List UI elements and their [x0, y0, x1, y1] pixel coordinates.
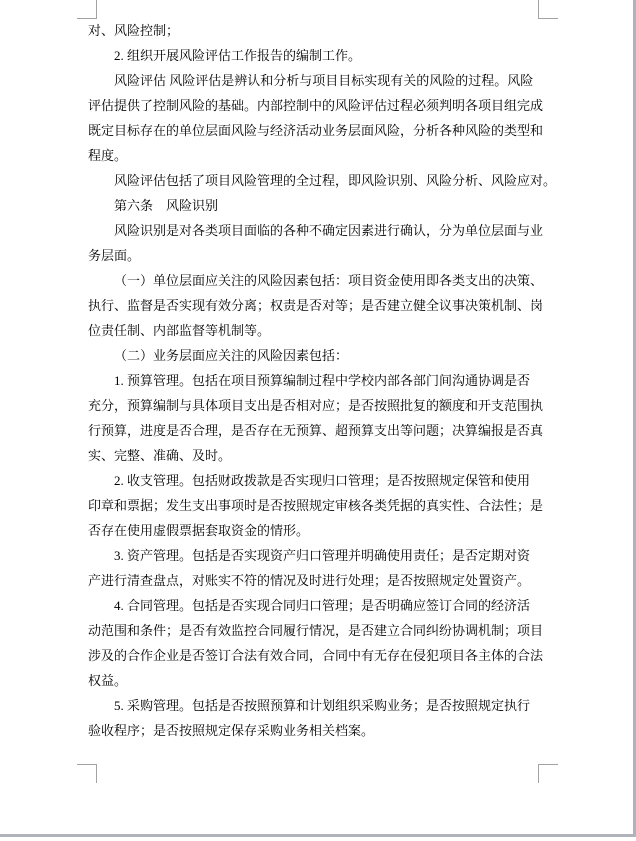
text-line[interactable]: 验收程序；是否按照规定保存采购业务相关档案。 [88, 718, 543, 743]
text-line[interactable]: 风险评估包括了项目风险管理的全过程，即风险识别、风险分析、风险应对。 [88, 168, 543, 193]
text-boundary-mark-bottom-left [77, 764, 97, 783]
text-line[interactable]: 程度。 [88, 143, 543, 168]
text-line[interactable]: 3. 资产管理。包括是否实现资产归口管理并明确使用责任；是否定期对资 [88, 543, 543, 568]
text-line[interactable]: 实、完整、准确、及时。 [88, 443, 543, 468]
text-line[interactable]: 产进行清查盘点，对账实不符的情况及时进行处理；是否按照规定处置资产。 [88, 568, 543, 593]
text-line[interactable]: 务层面。 [88, 243, 543, 268]
text-boundary-mark-top-right [538, 0, 558, 19]
page-edge-bottom [0, 834, 636, 837]
text-line[interactable]: 否存在使用虚假票据套取资金的情形。 [88, 518, 543, 543]
text-line[interactable]: 充分，预算编制与具体项目支出是否相对应；是否按照批复的额度和开支范围执 [88, 393, 543, 418]
text-line[interactable]: 风险评估 风险评估是辨认和分析与项目目标实现有关的风险的过程。风险 [88, 68, 543, 93]
text-boundary-mark-bottom-right [538, 764, 558, 783]
text-line[interactable]: 5. 采购管理。包括是否按照预算和计划组织采购业务；是否按照规定执行 [88, 693, 543, 718]
text-line[interactable]: 2. 收支管理。包括财政拨款是否实现归口管理；是否按照规定保管和使用 [88, 468, 543, 493]
text-line[interactable]: 行预算，进度是否合理，是否存在无预算、超预算支出等问题；决算编报是否真 [88, 418, 543, 443]
text-line[interactable]: 执行、监督是否实现有效分离；权责是否对等；是否建立健全议事决策机制、岗 [88, 293, 543, 318]
text-line[interactable]: 第六条 风险识别 [88, 193, 543, 218]
text-line[interactable]: 1. 预算管理。包括在项目预算编制过程中学校内部各部门间沟通协调是否 [88, 368, 543, 393]
text-line[interactable]: 涉及的合作企业是否签订合法有效合同，合同中有无存在侵犯项目各主体的合法 [88, 643, 543, 668]
text-line[interactable]: 4. 合同管理。包括是否实现合同归口管理；是否明确应签订合同的经济活 [88, 593, 543, 618]
text-boundary-mark-top-left [77, 0, 97, 19]
text-line[interactable]: 对、风险控制； [88, 18, 543, 43]
text-line[interactable]: 风险识别是对各类项目面临的各种不确定因素进行确认，分为单位层面与业 [88, 218, 543, 243]
text-line[interactable]: 印章和票据；发生支出事项时是否按照规定审核各类凭据的真实性、合法性；是 [88, 493, 543, 518]
text-line[interactable]: 位责任制、内部监督等机制等。 [88, 318, 543, 343]
text-line[interactable]: 2. 组织开展风险评估工作报告的编制工作。 [88, 43, 543, 68]
text-line[interactable]: 既定目标存在的单位层面风险与经济活动业务层面风险，分析各种风险的类型和 [88, 118, 543, 143]
text-line[interactable]: 动范围和条件；是否有效监控合同履行情况，是否建立合同纠纷协调机制；项目 [88, 618, 543, 643]
text-line[interactable]: （二）业务层面应关注的风险因素包括： [88, 343, 543, 368]
text-line[interactable]: 评估提供了控制风险的基础。内部控制中的风险评估过程必须判明各项目组完成 [88, 93, 543, 118]
text-line[interactable]: （一）单位层面应关注的风险因素包括：项目资金使用即各类支出的决策、 [88, 268, 543, 293]
document-page: 对、风险控制；2. 组织开展风险评估工作报告的编制工作。风险评估 风险评估是辨认… [0, 0, 636, 841]
text-line[interactable]: 权益。 [88, 668, 543, 693]
document-text[interactable]: 对、风险控制；2. 组织开展风险评估工作报告的编制工作。风险评估 风险评估是辨认… [88, 18, 543, 743]
